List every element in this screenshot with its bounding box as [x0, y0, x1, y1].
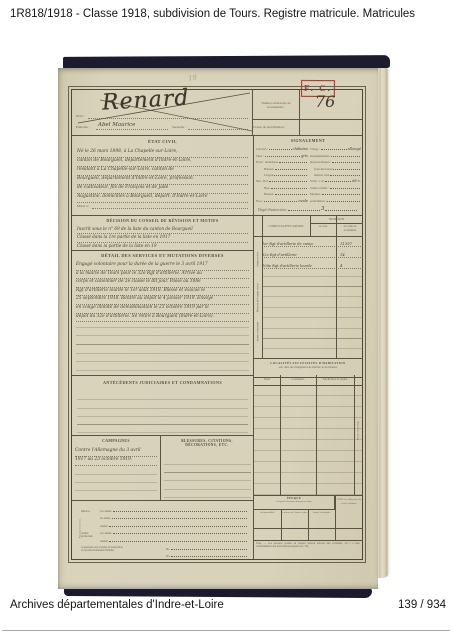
decision-lines: Inscrit sous le n° 69 de la liste du can…: [77, 226, 248, 251]
signalement-label: Front : Inclinaison: [256, 160, 278, 164]
signalement-label: Largeur: [256, 173, 273, 177]
signalement-label: Visage :: [310, 147, 320, 151]
archive-name: Archives départementales d'Indre-et-Loir…: [10, 599, 224, 611]
decision-section: DÉCISION DU CONSEIL DE RÉVISION ET MOTIF…: [72, 215, 253, 250]
signalement-label: menton rond: [310, 173, 329, 177]
blessures-box: BLESSURES, CITATIONS, DÉCORATIONS, ETC.: [160, 435, 253, 500]
service-line: 25 septembre 1918. Rentré au dépôt le 4 …: [76, 296, 249, 305]
register-scan[interactable]: F. C. 19 Renard Nom : Prénoms : Abel Mau…: [58, 56, 392, 599]
antecedents-section: ANTÉCÉDENTS JUDICIAIRES ET CONDAMNATIONS: [72, 375, 253, 435]
epoque-date-col: DATE de la libération du service militai…: [336, 498, 362, 506]
campagnes-box: CAMPAGNES Contre l'Allemagne du 3 avril …: [72, 435, 160, 500]
signalement-label: Hauteur: [256, 192, 274, 196]
campagnes-title: CAMPAGNES: [72, 439, 160, 443]
register-page: F. C. 19 Renard Nom : Prénoms : Abel Mau…: [58, 68, 378, 589]
periodes-rows: 1re année 2e année Année 1re année Année: [100, 505, 248, 543]
degre-instruction-value: 3: [321, 206, 325, 212]
field-rule: [113, 532, 247, 534]
field-rule: [325, 180, 351, 182]
etat-civil-line: résidant à La Chapelle-sur-Loire, canton…: [77, 167, 248, 176]
field-rule: [109, 525, 247, 527]
periode-row-label: 2e année: [100, 516, 111, 520]
etat-civil-line: Bourgueil, département d'Indre-et-Loire,…: [77, 176, 248, 185]
field-rule: [113, 510, 247, 512]
epoque-col-2: la réserve de l'armée active: [281, 511, 308, 515]
signalement-value: 68 c.: [352, 179, 361, 183]
marie-label: Marié à :: [77, 204, 89, 208]
field-rule: [331, 155, 360, 157]
localites-title: LOCALITÉS SUCCESSIVES D'HABITATION: [254, 361, 362, 365]
signalement-value: gris: [301, 154, 308, 158]
field-rule: [330, 174, 360, 176]
periodes-de-du: De Du: [166, 545, 248, 558]
epoque-rule: [254, 509, 335, 510]
field-rule: [288, 209, 320, 211]
matricule-form: Renard Nom : Prénoms : Abel Maurice Surn…: [71, 89, 363, 560]
periode-row-label: Année: [100, 539, 108, 543]
localites-col-dates: Dates: [254, 378, 280, 382]
detail-services-lines: Engagé volontaire pour la durée de la gu…: [76, 262, 249, 322]
field-rule: [265, 155, 300, 157]
corps-entry: 32e Rgt d'artillerie: [262, 253, 336, 257]
field-rule: [333, 168, 360, 170]
corps-side-label: Armée territoriale: [257, 314, 260, 350]
degre-instruction-label: Degré d'instruction :: [258, 208, 287, 212]
signalement-label: Nez : Dos: [256, 179, 268, 183]
numeros-sub1: au corps: [310, 225, 336, 229]
signalement-label: Renseignements: [310, 154, 330, 158]
prenoms-handwriting: Abel Maurice: [98, 122, 135, 128]
nom-rule: [88, 118, 248, 119]
signalement-label: particulières :: [310, 199, 326, 203]
viewer-page: 1R818/1918 - Classe 1918, subdivision de…: [0, 0, 452, 640]
signalement-label: front découvert: [310, 167, 332, 171]
matricule-label-cell: Numéro matricule du recrutement :: [253, 90, 300, 119]
decision-title: DÉCISION DU CONSEIL DE RÉVISION ET MOTIF…: [72, 218, 253, 223]
field-rule: [322, 193, 361, 195]
matricule-block: Numéro matricule du recrutement : 76 Cla…: [253, 90, 362, 135]
service-line: Rgt d'artillerie lourde le 1er août 1918…: [76, 288, 249, 297]
detail-services-title: DÉTAIL DES SERVICES ET MUTATIONS DIVERSE…: [72, 253, 253, 258]
signalement-value: ovale: [298, 199, 308, 203]
etat-civil-section: ÉTAT CIVIL Né le 26 mars 1898, à La Chap…: [72, 135, 253, 215]
etat-civil-line: de cultivateur, fils de François et de J…: [77, 185, 248, 194]
de-label: De: [166, 547, 170, 551]
corps-header-cell: CORPS D'AFFECTATION: [262, 216, 311, 236]
document-title: 1R818/1918 - Classe 1918, subdivision de…: [10, 8, 415, 20]
etat-civil-line: canton de Bourgueil, département d'Indre…: [77, 158, 248, 167]
epoque-table: ÉPOQUE à laquelle l'homme doit passer da…: [253, 495, 362, 559]
epoque-divider: [335, 496, 336, 540]
etat-civil-line: Augustine, domiciliés à Bourgueil, dépar…: [77, 194, 248, 203]
decision-line: Inscrit sous le n° 69 de la liste du can…: [77, 226, 248, 234]
localites-table: LOCALITÉS SUCCESSIVES D'HABITATION avec …: [253, 358, 362, 495]
service-line: en congé illimité de démobilisation le 2…: [76, 305, 249, 314]
signalement-label: Face :: [256, 199, 263, 203]
corps-table: CORPS D'AFFECTATION NUMÉROS au corps de …: [253, 215, 362, 358]
detail-empty-rules: [76, 319, 249, 371]
corps-header: CORPS D'AFFECTATION: [269, 224, 304, 228]
field-rule: [325, 209, 357, 211]
signalement-label: Taille : 1 m.: [310, 179, 324, 183]
field-rule: [171, 548, 248, 550]
field-rule: [264, 200, 297, 202]
footer-separator: [2, 630, 450, 631]
periodes-side-label: Périodes d'exercices: [79, 509, 82, 549]
field-rule: [275, 193, 307, 195]
field-rule: [112, 517, 247, 519]
signalement-col2: Visage :allongé Renseignements physionom…: [310, 145, 361, 203]
surname-handwriting: Renard: [101, 85, 190, 115]
field-rule: [327, 200, 360, 202]
field-rule: [274, 174, 307, 176]
periode-row-label: 1re année: [100, 509, 112, 513]
signalement-label: Cheveux :: [256, 147, 268, 151]
localites-empty-rows: [254, 385, 363, 496]
corps-side-label: Armée active: [257, 242, 260, 278]
field-rule: [269, 148, 291, 150]
blessures-empty-rules: [164, 456, 251, 498]
signalement-label: Taille rectifiée :: [310, 186, 329, 190]
field-rule: [332, 161, 360, 163]
field-rule: [269, 180, 307, 182]
campagnes-line: Contre l'Allemagne du 3 avril: [75, 448, 157, 457]
localites-col-subdivision: Subdivision de région: [316, 378, 354, 382]
field-rule: [279, 161, 307, 163]
periodes-group1-label: Réserve: [81, 510, 90, 513]
corps-side-label: Réserve de l'armée active: [257, 280, 260, 316]
corps-entry-num: 11397: [340, 241, 352, 246]
epoque-note-rule: [254, 540, 363, 541]
periodes-group2-label: Armée territoriale: [81, 532, 97, 538]
campagnes-line: 1917 au 23 octobre 1919.: [75, 457, 157, 466]
du-label: Du: [166, 554, 170, 558]
detail-services-section: DÉTAIL DES SERVICES ET MUTATIONS DIVERSE…: [72, 250, 253, 375]
localites-col-communes: Communes: [280, 378, 316, 382]
decision-line: Classé dans la 1re partie de la liste en…: [77, 234, 248, 242]
service-line: à la mairie de Tours pour le 32e Rgt d'a…: [76, 271, 249, 280]
page-indicator: 139 / 934: [398, 599, 446, 611]
pencil-annotation: 19: [187, 73, 197, 82]
classe-label-cell: Classe de mobilisation :: [253, 119, 300, 135]
signalement-label: Yeux :: [256, 154, 264, 158]
signalement-col1: Cheveux :châtains Yeux :gris Front : Inc…: [256, 145, 308, 203]
periodes-section: Périodes d'exercices Réserve Armée terri…: [72, 500, 253, 559]
corps-entry: 1er Rgt d'artillerie de camp.: [262, 242, 336, 246]
societes-label-2: et de perfectionnement militaire: [81, 549, 161, 552]
periodes-bottom-label: A appartenu aux Sociétés de préparation …: [81, 546, 161, 552]
signalement-section: SIGNALEMENT Cheveux :châtains Yeux :gris…: [253, 135, 362, 215]
epoque-title-cell: ÉPOQUE à laquelle l'homme doit passer da…: [254, 496, 335, 509]
marie-rule: [92, 208, 248, 209]
matricule-value: 76: [315, 92, 335, 111]
nom-label: Nom :: [76, 114, 85, 118]
field-rule: [171, 555, 247, 557]
epoque-col-1: la disponibilité: [254, 511, 281, 515]
periode-row-label: 1re année: [100, 531, 112, 535]
epoque-divider: [281, 509, 282, 540]
field-rule: [109, 540, 247, 542]
epoque-col-3: l'armée territoriale: [308, 511, 335, 515]
classe-mobilisation-label: Classe de mobilisation :: [253, 125, 286, 129]
signalement-label: physionomiques :: [310, 160, 331, 164]
degre-instruction-row: Degré d'instruction : 3: [258, 206, 358, 212]
periode-row-label: Année: [100, 524, 108, 528]
signalement-label: Hauteur: [256, 167, 274, 171]
corps-entry-num: 14: [340, 252, 345, 257]
name-block: Renard Nom : Prénoms : Abel Maurice Surn…: [72, 90, 253, 135]
field-rule: [275, 168, 307, 170]
signalement-title: SIGNALEMENT: [254, 138, 362, 143]
numeros-sub2: de la liste de recrutement: [337, 225, 363, 233]
etat-civil-line: Né le 26 mars 1898, à La Chapelle-sur-Lo…: [77, 149, 248, 158]
corps-entries: 1er Rgt d'artillerie de camp.11397 32e R…: [262, 236, 363, 269]
antecedents-empty-rules: [77, 392, 248, 433]
epoque-note: Nota. — Les époques portées au présent t…: [256, 542, 360, 549]
surnoms-label: Surnoms :: [172, 125, 186, 129]
epoque-divider: [308, 509, 309, 540]
signalement-label: Base: [256, 186, 270, 190]
campagnes-empty-rules: [75, 467, 157, 498]
epoque-subtitle: à laquelle l'homme doit passer dans: [254, 500, 334, 504]
field-rule: [271, 187, 307, 189]
signalement-value: allongé: [348, 147, 361, 151]
etat-civil-title: ÉTAT CIVIL: [72, 139, 253, 144]
field-rule: [330, 187, 360, 189]
prenoms-label: Prénoms :: [76, 125, 90, 129]
antecedents-title: ANTÉCÉDENTS JUDICIAIRES ET CONDAMNATIONS: [72, 380, 253, 385]
localites-subtitle: avec dates des changements de domicile o…: [254, 366, 362, 370]
service-line: corps et canonnier de 2e classe le dit j…: [76, 279, 249, 288]
matricule-label: Numéro matricule du recrutement :: [253, 101, 299, 109]
localites-header-cell: LOCALITÉS SUCCESSIVES D'HABITATION avec …: [254, 359, 362, 378]
blessures-title-2: DÉCORATIONS, ETC.: [161, 443, 253, 447]
service-line: Engagé volontaire pour la durée de la gu…: [76, 262, 249, 271]
campagnes-lines: Contre l'Allemagne du 3 avril 1917 au 23…: [75, 448, 157, 466]
field-rule: [321, 148, 347, 150]
signalement-value: châtains: [293, 147, 308, 151]
signalement-label: Marques: [310, 192, 321, 196]
epoque-rule: [254, 528, 363, 529]
etat-civil-lines: Né le 26 mars 1898, à La Chapelle-sur-Lo…: [77, 149, 248, 203]
surnoms-rule: [188, 129, 248, 130]
corps-empty-rows: [262, 266, 363, 359]
prenoms-rule: [96, 129, 168, 130]
